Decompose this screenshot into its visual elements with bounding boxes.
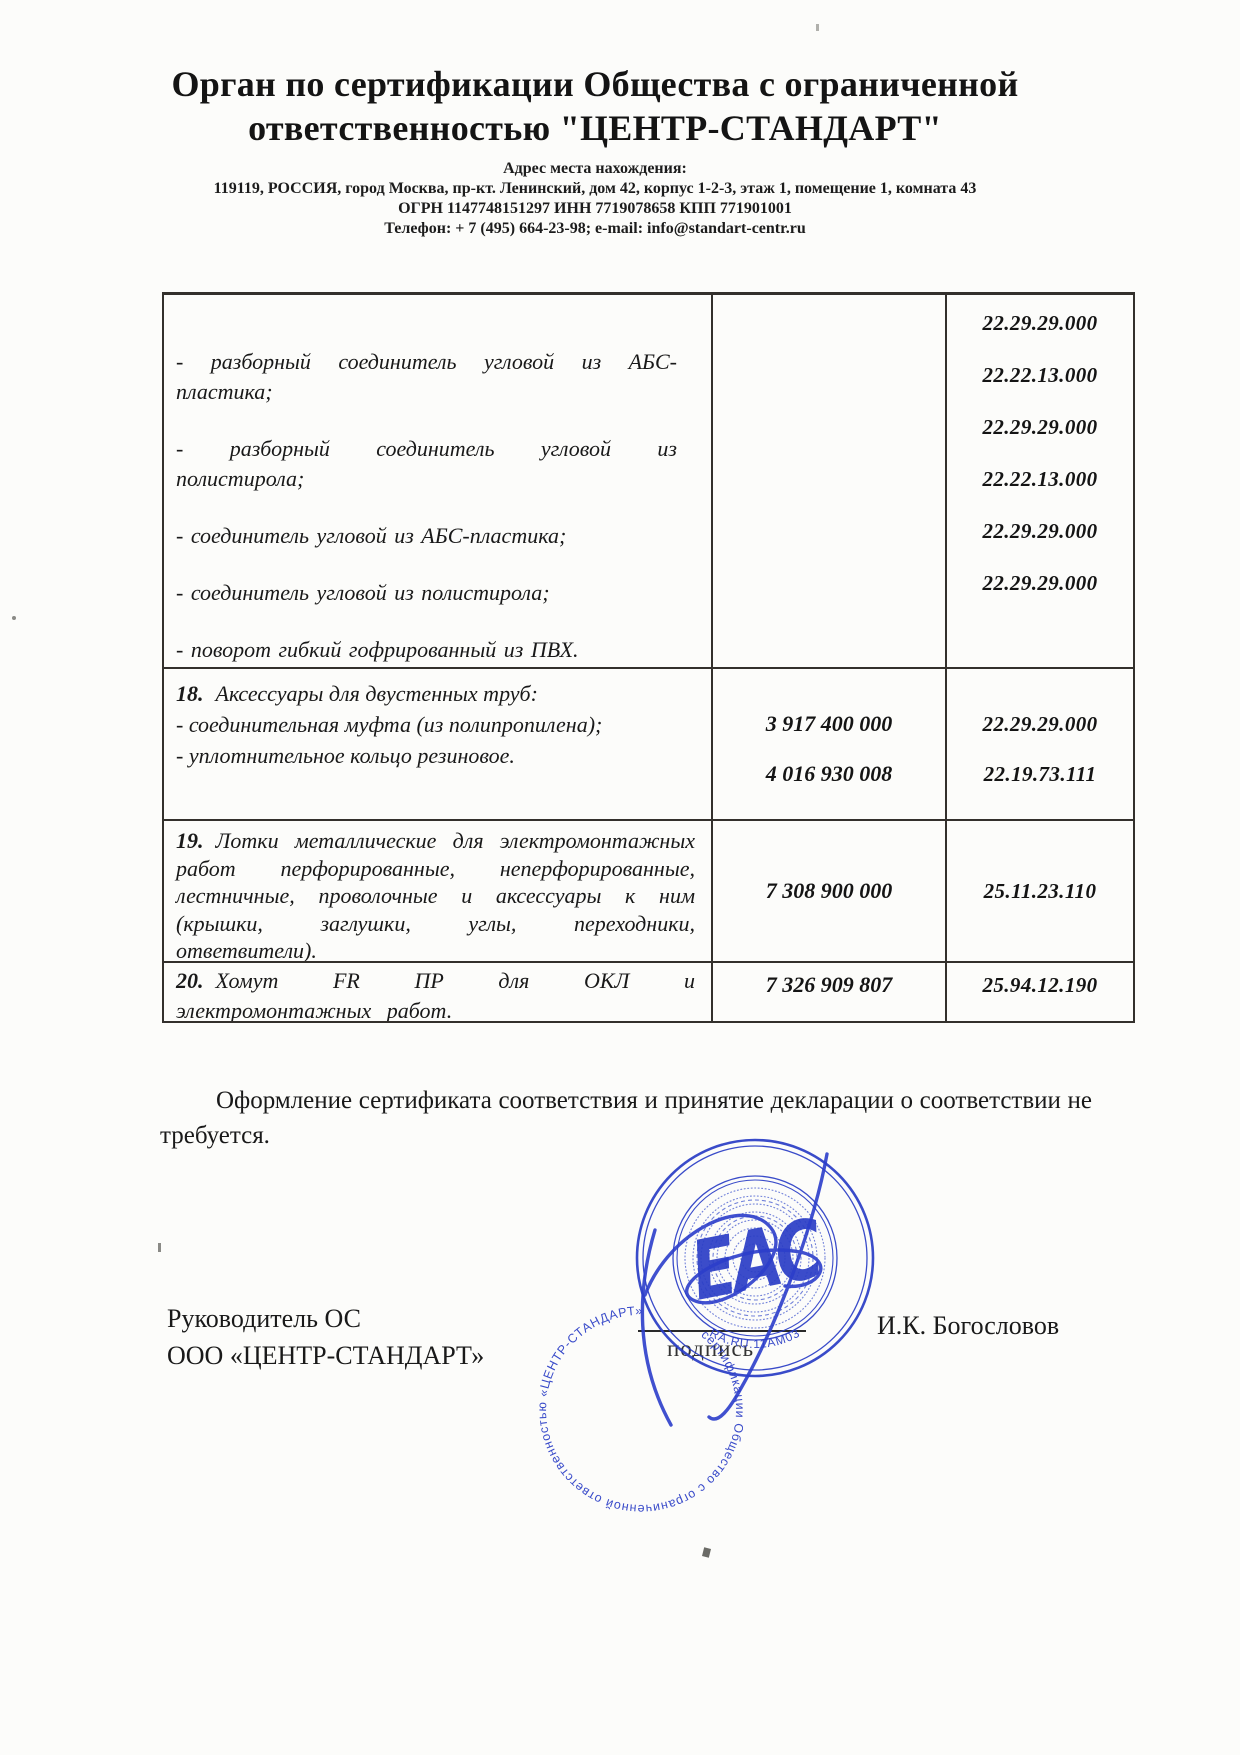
table-row-19-description: 19.Лотки металлические для электромонтаж… [164,821,713,963]
row-number: 18. [176,681,204,706]
row-title-text: Лотки металлические для электромонтажных… [176,828,695,963]
signer-position-line2: ООО «ЦЕНТР-СТАНДАРТ» [167,1337,484,1374]
org-title-line2: ответственностью "ЦЕНТР-СТАНДАРТ" [50,106,1140,150]
table-row-19-okpd2: 25.11.23.110 [947,821,1133,963]
product-item: - разборный соединитель угловой из полис… [176,434,677,494]
row-20-text: 20.Хомут FR ПР для ОКЛ и электромонтажны… [176,966,695,1021]
okpd2-code: 22.29.29.000 [982,412,1097,442]
address-label: Адрес места нахождения: [50,159,1140,179]
scan-speck [158,1243,161,1252]
row-19-text: 19.Лотки металлические для электромонтаж… [176,827,695,963]
okpd2-code: 22.29.29.000 [982,516,1097,546]
document-header: Орган по сертификации Общества с огранич… [50,62,1140,239]
row-number: 19. [176,828,204,853]
table-row-19-tnved: 7 308 900 000 [713,821,947,963]
registration-line: ОГРН 1147748151297 ИНН 7719078658 КПП 77… [50,199,1140,219]
scan-speck [702,1547,711,1557]
stamp-registration-number: RA.RU.11АМ03 [707,1326,802,1351]
table-row-continued-okpd2: 22.29.29.000 22.22.13.000 22.29.29.000 2… [947,295,1133,669]
tnved-code: 7 308 900 000 [766,876,893,906]
org-title-line1: Орган по сертификации Общества с огранич… [50,62,1140,106]
okpd2-code: 25.11.23.110 [984,876,1097,906]
okpd2-code: 22.22.13.000 [982,464,1097,494]
row-18-title: 18.Аксессуары для двустенных труб: [176,678,695,709]
table-row-20-description: 20.Хомут FR ПР для ОКЛ и электромонтажны… [164,963,713,1021]
row-title-text: Хомут FR ПР для ОКЛ и электромонтажных р… [176,968,695,1021]
contacts-line: Телефон: + 7 (495) 664-23-98; e-mail: in… [50,219,1140,239]
signer-position-line1: Руководитель ОС [167,1300,484,1337]
product-item: - разборный соединитель угловой из АБС-п… [176,347,677,407]
product-item: - соединительная муфта (из полипропилена… [176,709,695,740]
scan-speck [816,24,819,31]
product-item: - соединитель угловой из полистирола; [176,578,677,608]
scan-speck [12,616,16,620]
scanned-certificate-page: Орган по сертификации Общества с огранич… [0,0,1240,1755]
address-line: 119119, РОССИЯ, город Москва, пр-кт. Лен… [50,179,1140,199]
svg-text:RA.RU.11АМ03: RA.RU.11АМ03 [707,1326,802,1351]
table-row-20-okpd2: 25.94.12.190 [947,963,1133,1021]
tnved-code: 3 917 400 000 [766,709,893,739]
product-item: - соединитель угловой из АБС-пластика; [176,521,677,551]
row-number: 20. [176,968,204,993]
signer-position: Руководитель ОС ООО «ЦЕНТР-СТАНДАРТ» [167,1300,484,1374]
okpd2-code: 22.29.29.000 [982,568,1097,598]
table-row-continued-description: - разборный соединитель угловой из АБС-п… [164,295,713,669]
okpd2-code: 22.22.13.000 [982,360,1097,390]
okpd2-code: 22.19.73.111 [984,759,1097,789]
table-row-18-description: 18.Аксессуары для двустенных труб: - сое… [164,669,713,821]
product-item: - поворот гибкий гофрированный из ПВХ. [176,635,677,665]
row-title-text: Аксессуары для двустенных труб: [216,681,538,706]
certification-stamp: сертификации Общество с ограниченной отв… [575,1080,935,1440]
table-row-20-tnved: 7 326 909 807 [713,963,947,1021]
tnved-code: 4 016 930 008 [766,759,893,789]
table-row-continued-tnved [713,295,947,669]
okpd2-code: 22.29.29.000 [982,709,1097,739]
okpd2-code: 22.29.29.000 [982,308,1097,338]
table-row-18-tnved: 3 917 400 000 4 016 930 008 [713,669,947,821]
okpd2-code: 25.94.12.190 [982,970,1097,1000]
product-item: - уплотнительное кольцо резиновое. [176,740,695,771]
products-table: - разборный соединитель угловой из АБС-п… [162,292,1135,1023]
table-row-18-okpd2: 22.29.29.000 22.19.73.111 [947,669,1133,821]
tnved-code: 7 326 909 807 [766,970,893,1000]
